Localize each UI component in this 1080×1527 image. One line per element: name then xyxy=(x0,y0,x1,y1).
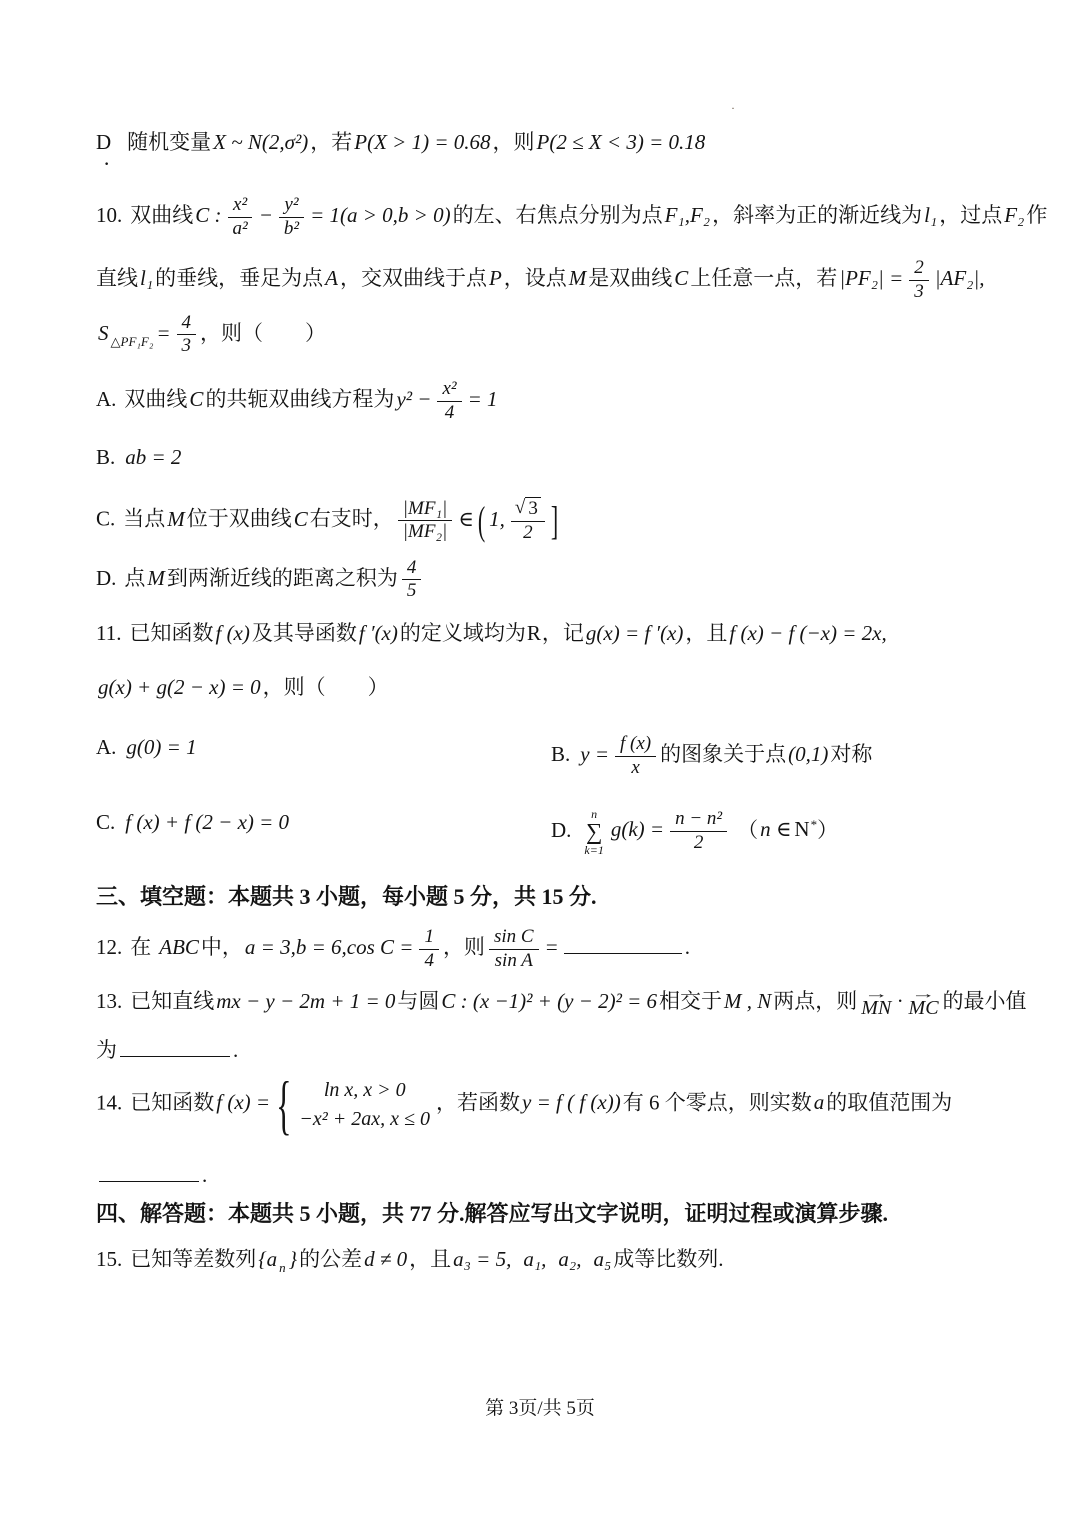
numerator: f (x) xyxy=(615,733,656,757)
text-run: C. xyxy=(96,507,115,531)
text-run: （ xyxy=(737,817,758,841)
text-run: . xyxy=(202,1163,207,1187)
square-root: √3 xyxy=(515,497,541,521)
q13-intro: 13.已知直线mx − y − 2m + 1 = 0与圆C : (x −1)² … xyxy=(96,987,1006,1018)
numerator: x² xyxy=(437,378,461,402)
text-run: ，交双曲线于点 xyxy=(340,266,487,290)
column: D.n∑k=1g(k) =n − n²2（n ∈N*） xyxy=(551,808,1006,856)
denominator: 2 xyxy=(518,522,538,545)
stray-dot-top: · xyxy=(731,101,735,116)
vector: →MN xyxy=(861,989,891,1018)
page-number: 第 3页/共 5页 xyxy=(0,1393,1080,1420)
radicand: 3 xyxy=(525,497,541,521)
math-run: C : (x −1)² + (y − 2)² = 6 xyxy=(439,989,659,1013)
denominator: 5 xyxy=(402,580,422,603)
text-run: 双曲线 xyxy=(130,203,193,227)
text-run: 15. xyxy=(96,1247,122,1271)
text-run: 13. xyxy=(96,989,122,1013)
math-run: (0,1) xyxy=(786,742,830,766)
text-run: 的定义域均为 xyxy=(400,621,526,645)
text-run: B. xyxy=(96,445,115,469)
text-run: 的公差 xyxy=(299,1247,362,1271)
q10-intro-1: 10.双曲线C :x²a²−y²b²= 1(a > 0,b > 0)的左、右焦点… xyxy=(96,194,1006,241)
vector: →MC xyxy=(909,989,939,1018)
math-run: 3 xyxy=(181,335,193,356)
blank-underline xyxy=(120,1038,230,1057)
text-run: 12. xyxy=(96,935,122,959)
math-run: g(x) = f ′(x) xyxy=(584,621,685,645)
math-roman-run: R xyxy=(526,621,542,645)
math-run: X ~ N(2,σ²) xyxy=(211,130,310,154)
text-run: 上任意一点，若 xyxy=(690,266,837,290)
fraction: sin Csin A xyxy=(489,926,539,973)
piecewise-function: {ln x, x > 0−x² + 2ax, x ≤ 0 xyxy=(276,1078,432,1131)
text-run: 已知函数 xyxy=(129,621,213,645)
q10-intro-3: S△PF₁F₂=43，则（ ） xyxy=(96,312,1006,359)
q10-option-c: C.当点M位于双曲线C右支时，|MF₁||MF₂|∈(1,√32] xyxy=(96,497,1006,545)
math-run: l₁ xyxy=(138,266,155,290)
math-run: ABC xyxy=(157,935,201,959)
text-run: 及其导函数 xyxy=(252,621,357,645)
sum-lower-limit: k=1 xyxy=(584,844,603,856)
math-run: A xyxy=(323,266,340,290)
numerator: 4 xyxy=(402,557,422,581)
math-run: ln x, x > 0 xyxy=(322,1079,408,1101)
text-run: C. xyxy=(96,810,115,834)
math-run: 1, xyxy=(487,507,507,531)
math-run: 2 xyxy=(693,832,705,853)
q15: 15.已知等差数列{an}的公差d ≠ 0，且a₃ = 5,a₁,a₂,a₅成等… xyxy=(96,1245,1006,1277)
big-bracket: ] xyxy=(551,493,558,548)
sum-upper-limit: n xyxy=(591,808,597,820)
numerator: 2 xyxy=(909,257,929,281)
math-run: |MF₂| xyxy=(402,521,449,542)
text-run: ，则（ ） xyxy=(200,321,326,345)
q10-option-b: B.ab = 2 xyxy=(96,443,1006,471)
math-run: g(k) = xyxy=(609,817,666,841)
text-run: ，设点 xyxy=(504,266,567,290)
vector-arrow-icon: → xyxy=(864,989,889,998)
math-run: g(0) = 1 xyxy=(124,735,198,759)
math-run: 2 xyxy=(913,257,925,278)
math-run: a² xyxy=(232,218,249,239)
text-run: A. xyxy=(96,735,116,759)
blank-underline xyxy=(564,935,682,954)
math-run: f (x) = xyxy=(214,1090,272,1114)
math-run: a₃ = 5, xyxy=(451,1247,513,1271)
fraction: n − n²2 xyxy=(670,808,727,855)
math-run: C xyxy=(187,387,205,411)
math-run: n ∈ xyxy=(758,817,793,841)
text-run: 作 xyxy=(1026,203,1047,227)
math-run: C : xyxy=(193,203,223,227)
math-run: 3 xyxy=(913,281,925,302)
math-run: |AF₂|, xyxy=(933,266,987,290)
column: A.g(0) = 1 xyxy=(96,733,551,780)
text-run: ，则 xyxy=(443,935,485,959)
text-run: 在 xyxy=(130,935,151,959)
math-run: d ≠ 0 xyxy=(362,1247,409,1271)
math-run: f (x) xyxy=(619,733,652,754)
denominator: b² xyxy=(279,218,304,241)
math-roman-run: N xyxy=(793,817,810,841)
denominator: 3 xyxy=(177,335,197,358)
math-run: = xyxy=(154,321,172,345)
numerator: √3 xyxy=(511,497,545,522)
math-run: ab = 2 xyxy=(123,445,183,469)
text-run: 已知直线 xyxy=(130,989,214,1013)
text-run: D xyxy=(96,130,111,154)
math-run: − xyxy=(257,203,275,227)
text-run: 右支时， xyxy=(310,507,394,531)
math-run: sin A xyxy=(494,950,534,971)
text-run: ，记 xyxy=(542,621,584,645)
denominator: 2 xyxy=(689,832,709,855)
math-run: n − n² xyxy=(674,808,723,829)
math-run: = xyxy=(543,935,561,959)
math-run: |PF₂| = xyxy=(837,266,905,290)
math-run: −x² + 2ax, x ≤ 0 xyxy=(297,1108,432,1130)
math-run: a xyxy=(812,1090,827,1114)
text-run: 为 xyxy=(96,1038,117,1062)
math-run: y = f ( f (x)) xyxy=(520,1090,623,1114)
math-run: x² xyxy=(232,194,248,215)
subscript: n xyxy=(279,1260,287,1275)
math-run: 4 xyxy=(444,402,456,423)
math-run: F₁,F₂ xyxy=(663,203,713,227)
math-run: C xyxy=(292,507,310,531)
q11-intro-2: g(x) + g(2 − x) = 0，则（ ） xyxy=(96,673,1006,701)
numerator: n − n² xyxy=(670,808,727,832)
numerator: sin C xyxy=(489,926,539,950)
text-run: 14. xyxy=(96,1090,122,1114)
text-run: ，若函数 xyxy=(436,1090,520,1114)
text-run: 当点 xyxy=(123,507,165,531)
math-run: f (x) xyxy=(213,621,251,645)
text-run: . xyxy=(233,1038,238,1062)
text-run: 到两渐近线的距离之积为 xyxy=(167,566,398,590)
math-run: l₁ xyxy=(922,203,939,227)
math-run: P(2 ≤ X < 3) = 0.18 xyxy=(535,130,708,154)
numerator: 1 xyxy=(419,926,439,950)
math-run: f (x) − f (−x) = 2x, xyxy=(727,621,888,645)
math-run: 2 xyxy=(522,522,534,543)
summation: n∑k=1 xyxy=(584,808,603,856)
math-run: sin C xyxy=(493,926,535,947)
math-run: = 1 xyxy=(466,387,500,411)
text-run: 两点，则 xyxy=(773,989,857,1013)
fraction: f (x)x xyxy=(615,733,656,780)
exam-content: D随机变量X ~ N(2,σ²)，若P(X > 1) = 0.68，则P(2 ≤… xyxy=(96,128,1006,1277)
math-run: y = xyxy=(578,742,611,766)
q11-intro-1: 11.已知函数f (x)及其导函数f ′(x)的定义域均为R，记g(x) = f… xyxy=(96,619,1006,647)
q11-options-ab: A.g(0) = 1B.y =f (x)x的图象关于点(0,1)对称 xyxy=(96,733,1006,780)
math-run: y² xyxy=(283,194,299,215)
subscript: △PF₁F₂ xyxy=(111,334,155,349)
math-run: ∈ xyxy=(456,507,476,531)
text-run: D. xyxy=(551,817,571,841)
section-header-text: 四、解答题：本题共 5 小题，共 77 分.解答应写出文字说明，证明过程或演算步… xyxy=(96,1201,888,1226)
fraction: 43 xyxy=(177,312,197,359)
math-run: M xyxy=(567,266,589,290)
denominator: |MF₂| xyxy=(398,521,453,544)
math-run: P(X > 1) = 0.68 xyxy=(352,130,492,154)
cases-rows: ln x, x > 0−x² + 2ax, x ≤ 0 xyxy=(297,1078,432,1131)
math-run: |MF₁| xyxy=(402,498,449,519)
math-run: 5 xyxy=(406,580,418,601)
fraction: x²a² xyxy=(228,194,253,241)
text-run: 中， xyxy=(201,935,243,959)
text-run: 对称 xyxy=(830,742,872,766)
text-run: 双曲线 xyxy=(124,387,187,411)
text-run: 的左、右焦点分别为点 xyxy=(453,203,663,227)
text-run: D. xyxy=(96,566,116,590)
q09-option-d: D随机变量X ~ N(2,σ²)，若P(X > 1) = 0.68，则P(2 ≤… xyxy=(96,128,1006,156)
text-run: ，过点 xyxy=(939,203,1002,227)
text-run: 点 xyxy=(124,566,145,590)
text-run: ，且 xyxy=(685,621,727,645)
cases-row: −x² + 2ax, x ≤ 0 xyxy=(297,1107,432,1131)
math-run: M xyxy=(165,507,187,531)
text-run: 的最小值 xyxy=(943,989,1027,1013)
math-run: y² − xyxy=(394,387,433,411)
fraction: 14 xyxy=(419,926,439,973)
text-run: B. xyxy=(551,742,570,766)
fraction: √32 xyxy=(511,497,545,545)
vector-base: MC xyxy=(909,998,939,1018)
math-run: mx − y − 2m + 1 = 0 xyxy=(214,989,397,1013)
text-run: 相交于 xyxy=(659,989,722,1013)
math-run: S xyxy=(96,321,111,345)
q10-intro-2: 直线l₁的垂线，垂足为点A，交双曲线于点P，设点M是双曲线C上任意一点，若|PF… xyxy=(96,257,1006,304)
q14-blank: . xyxy=(96,1161,1006,1189)
text-run: A. xyxy=(96,387,116,411)
fraction: x²4 xyxy=(437,378,461,425)
vector-base: MN xyxy=(861,998,891,1018)
radical-icon: √ xyxy=(515,497,525,520)
text-run: 11. xyxy=(96,621,121,645)
math-run: P xyxy=(487,266,504,290)
text-run: 的图象关于点 xyxy=(660,742,786,766)
math-run: {a xyxy=(256,1247,279,1271)
fraction: 45 xyxy=(402,557,422,604)
text-run: ，且 xyxy=(409,1247,451,1271)
math-run: F₂ xyxy=(1002,203,1026,227)
math-run: f ′(x) xyxy=(357,621,400,645)
denominator: x xyxy=(626,757,644,780)
q10-option-a: A.双曲线C的共轭双曲线方程为y² −x²4= 1 xyxy=(96,378,1006,425)
blank-underline xyxy=(99,1163,199,1182)
numerator: 4 xyxy=(177,312,197,336)
q10-option-d: D.点M到两渐近线的距离之积为45 xyxy=(96,557,1006,604)
math-run: 4 xyxy=(181,312,193,333)
denominator: 4 xyxy=(419,950,439,973)
section-4-header: 四、解答题：本题共 5 小题，共 77 分.解答应写出文字说明，证明过程或演算步… xyxy=(96,1199,1006,1229)
exam-page: { "page": { "footer": "第 3页/共 5页", "dot"… xyxy=(0,0,1080,1527)
denominator: a² xyxy=(228,218,253,241)
column: C.f (x) + f (2 − x) = 0 xyxy=(96,808,551,856)
denominator: 4 xyxy=(440,402,460,425)
math-run: 4 xyxy=(406,557,418,578)
brace-icon: { xyxy=(276,1072,291,1138)
q13-blank: 为. xyxy=(96,1036,1006,1064)
section-3-header: 三、填空题：本题共 3 小题，每小题 5 分，共 15 分. xyxy=(96,882,1006,912)
text-run: ） xyxy=(817,817,838,841)
cases-row: ln x, x > 0 xyxy=(322,1078,408,1102)
text-run: 直线 xyxy=(96,266,138,290)
text-run: 与圆 xyxy=(397,989,439,1013)
numerator: y² xyxy=(279,194,303,218)
text-run: 已知函数 xyxy=(130,1090,214,1114)
text-run: 有 6 个零点，则实数 xyxy=(623,1090,812,1114)
numerator: x² xyxy=(228,194,252,218)
math-run: M , N xyxy=(722,989,773,1013)
big-bracket: ( xyxy=(478,493,485,548)
sigma-icon: ∑ xyxy=(586,820,602,844)
text-run: 的垂线，垂足为点 xyxy=(155,266,323,290)
text-run: 成等比数列. xyxy=(613,1247,723,1271)
math-run: · xyxy=(895,989,904,1013)
math-run: a₅ xyxy=(591,1247,613,1271)
fraction: 23 xyxy=(909,257,929,304)
math-run: = 1(a > 0,b > 0) xyxy=(308,203,453,227)
text-run: 已知等差数列 xyxy=(130,1247,256,1271)
section-header-text: 三、填空题：本题共 3 小题，每小题 5 分，共 15 分. xyxy=(96,884,597,909)
text-run: 是双曲线 xyxy=(588,266,672,290)
text-run: ，则 xyxy=(493,130,535,154)
q11-options-cd: C.f (x) + f (2 − x) = 0D.n∑k=1g(k) =n − … xyxy=(96,808,1006,856)
fraction: |MF₁||MF₂| xyxy=(398,498,453,545)
math-run: } xyxy=(287,1247,299,1271)
math-run: b² xyxy=(283,218,300,239)
denominator: 3 xyxy=(909,281,929,304)
q14: 14.已知函数f (x) ={ln x, x > 0−x² + 2ax, x ≤… xyxy=(96,1078,1006,1131)
text-run: ，若 xyxy=(310,130,352,154)
math-run: g(x) + g(2 − x) = 0 xyxy=(96,675,263,699)
math-run: C xyxy=(672,266,690,290)
math-run: 1 xyxy=(423,926,435,947)
text-run: 随机变量 xyxy=(127,130,211,154)
column: B.y =f (x)x的图象关于点(0,1)对称 xyxy=(551,733,1006,780)
math-run: 4 xyxy=(423,950,435,971)
text-run: 10. xyxy=(96,203,122,227)
text-run: ，则（ ） xyxy=(263,675,389,699)
math-run: x² xyxy=(441,378,457,399)
fraction: y²b² xyxy=(279,194,304,241)
math-run: a₂, xyxy=(556,1247,583,1271)
math-run: x xyxy=(630,757,640,778)
math-run: a = 3,b = 6,cos C = xyxy=(243,935,416,959)
text-run: 的取值范围为 xyxy=(826,1090,952,1114)
math-run: a₁, xyxy=(521,1247,548,1271)
denominator: sin A xyxy=(490,950,538,973)
text-run: ，斜率为正的渐近线为 xyxy=(712,203,922,227)
numerator: |MF₁| xyxy=(398,498,453,522)
math-run: M xyxy=(145,566,167,590)
vector-arrow-icon: → xyxy=(911,989,936,998)
q12: 12.在ABC中，a = 3,b = 6,cos C =14，则sin Csin… xyxy=(96,926,1006,973)
text-run: 的共轭双曲线方程为 xyxy=(205,387,394,411)
text-run: . xyxy=(685,935,690,959)
text-run: 位于双曲线 xyxy=(187,507,292,531)
math-run: f (x) + f (2 − x) = 0 xyxy=(123,810,291,834)
